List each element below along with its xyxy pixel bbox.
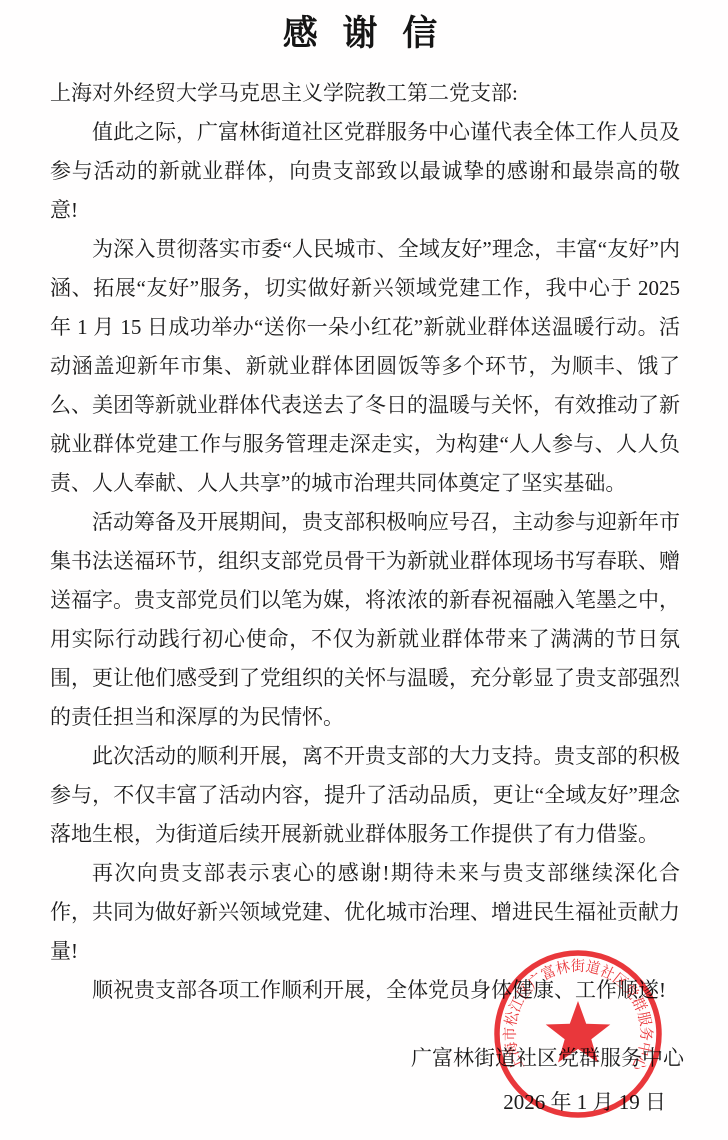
paragraph: 为深入贯彻落实市委“人民城市、全域友好”理念，丰富“友好”内涵、拓展“友好”服务… bbox=[50, 230, 680, 503]
paragraph: 顺祝贵支部各项工作顺利开展，全体党员身体健康、工作顺遂! bbox=[50, 971, 680, 1010]
paragraph: 此次活动的顺利开展，离不开贵支部的大力支持。贵支部的积极参与，不仅丰富了活动内容… bbox=[50, 737, 680, 854]
signature-block: 广富林街道社区党群服务中心 2026 年 1 月 19 日 bbox=[0, 1036, 728, 1124]
letter-page: 感 谢 信 上海对外经贸大学马克思主义学院教工第二党支部: 值此之际，广富林街道… bbox=[0, 0, 728, 1140]
paragraph: 再次向贵支部表示衷心的感谢!期待未来与贵支部继续深化合作，共同为做好新兴领域党建… bbox=[50, 854, 680, 971]
signature-organization: 广富林街道社区党群服务中心 bbox=[0, 1036, 728, 1080]
salutation: 上海对外经贸大学马克思主义学院教工第二党支部: bbox=[50, 74, 680, 113]
letter-title: 感 谢 信 bbox=[0, 0, 728, 56]
paragraph: 值此之际，广富林街道社区党群服务中心谨代表全体工作人员及参与活动的新就业群体，向… bbox=[50, 113, 680, 230]
signature-date: 2026 年 1 月 19 日 bbox=[0, 1080, 728, 1124]
paragraph: 活动筹备及开展期间，贵支部积极响应号召，主动参与迎新年市集书法送福环节，组织支部… bbox=[50, 503, 680, 737]
letter-body: 上海对外经贸大学马克思主义学院教工第二党支部: 值此之际，广富林街道社区党群服务… bbox=[50, 74, 680, 1010]
